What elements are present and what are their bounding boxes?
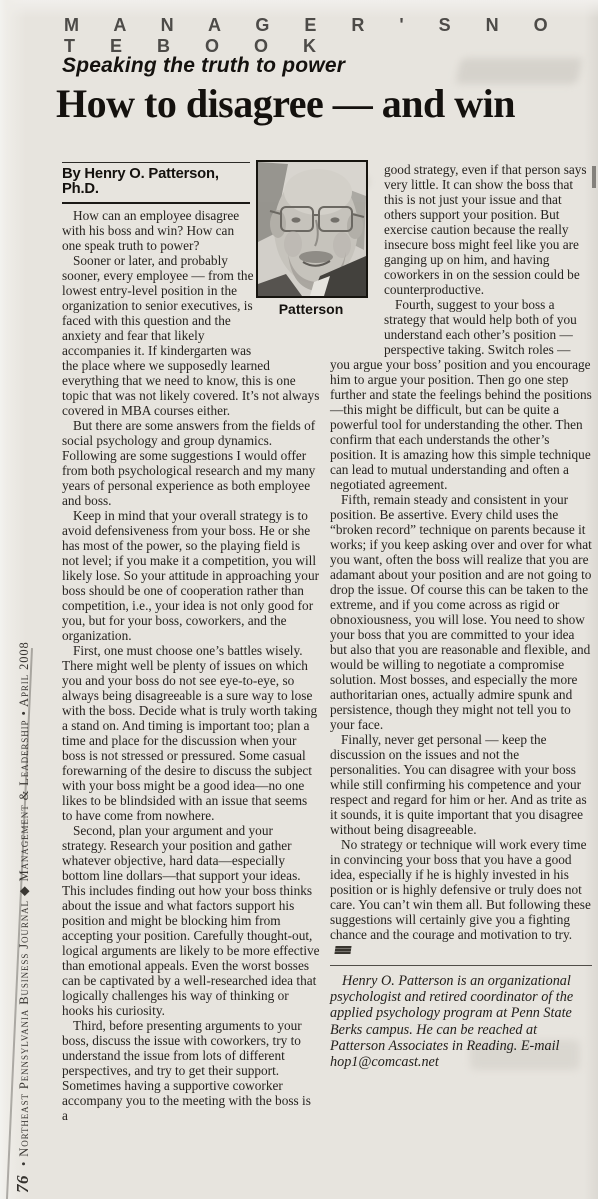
right-column: good strategy, even if that person says …: [330, 162, 592, 1123]
page-number: 76: [13, 1175, 32, 1193]
article-paragraph: Finally, never get personal — keep the d…: [330, 732, 592, 837]
scan-edge-artifact: [592, 166, 596, 188]
article-paragraph: First, one must choose one’s battles wis…: [62, 643, 320, 823]
section-kicker: M A N A G E R ' S N O T E B O O K: [64, 15, 598, 57]
photo-wrap-spacer: [256, 208, 320, 355]
article-paragraph: Second, plan your argument and your stra…: [62, 823, 320, 1018]
newspaper-page: 76 • Northeast Pennsylvania Business Jou…: [0, 0, 598, 1199]
article-paragraph: But there are some answers from the fiel…: [62, 418, 320, 508]
page-margin-folio: 76 • Northeast Pennsylvania Business Jou…: [13, 313, 33, 1193]
byline: By Henry O. Patterson, Ph.D.: [62, 162, 250, 204]
photo-wrap-spacer: [330, 162, 384, 343]
article-body: By Henry O. Patterson, Ph.D. How can an …: [62, 162, 592, 1123]
article-subtitle: Speaking the truth to power: [62, 54, 345, 78]
author-bio: Henry O. Patterson is an organizational …: [330, 965, 592, 1070]
article-paragraph: No strategy or technique will work every…: [330, 837, 592, 957]
end-of-article-mark: [334, 946, 351, 954]
article-paragraph: Third, before presenting arguments to yo…: [62, 1018, 320, 1123]
journal-title-strip: • Northeast Pennsylvania Business Journa…: [17, 641, 31, 1166]
article-paragraph: Fifth, remain steady and consistent in y…: [330, 492, 592, 732]
article-paragraph: Keep in mind that your overall strategy …: [62, 508, 320, 643]
article-headline: How to disagree — and win: [56, 80, 515, 127]
left-column: By Henry O. Patterson, Ph.D. How can an …: [62, 162, 320, 1123]
